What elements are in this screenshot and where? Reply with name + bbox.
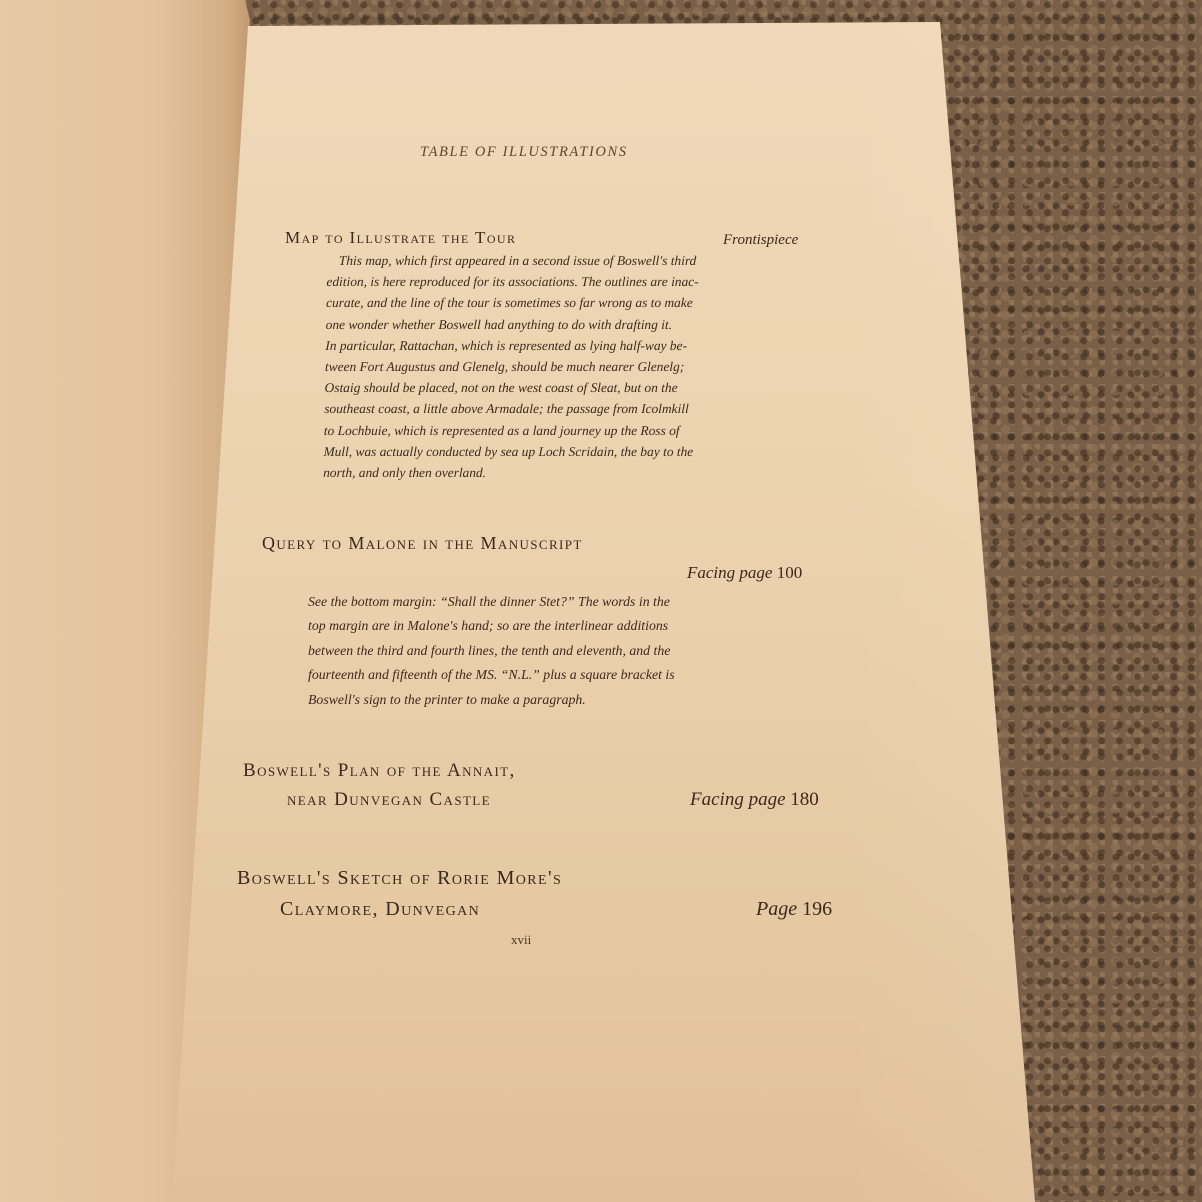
entry-page-map: Frontispiece bbox=[723, 232, 798, 249]
desc-line: edition, is here reproduced for its asso… bbox=[326, 271, 771, 292]
desc-line: fourteenth and fifteenth of the MS. “N.L… bbox=[308, 663, 774, 687]
entry-title-map: Map to Illustrate the Tour bbox=[285, 228, 516, 248]
desc-line: Boswell's sign to the printer to make a … bbox=[308, 688, 774, 712]
desc-line: between the third and fourth lines, the … bbox=[308, 639, 774, 663]
desc-line: one wonder whether Boswell had anything … bbox=[326, 314, 771, 335]
page-number: 100 bbox=[777, 563, 803, 582]
desc-line: Mull, was actually conducted by sea up L… bbox=[323, 441, 768, 462]
entry-title-query: Query to Malone in the Manuscript bbox=[262, 533, 583, 554]
desc-line: In particular, Rattachan, which is repre… bbox=[325, 335, 770, 356]
entry-title-claymore-line2: Claymore, Dunvegan bbox=[280, 898, 480, 921]
entry-page-annait: Facing page 180 bbox=[690, 789, 819, 811]
running-head: TABLE OF ILLUSTRATIONS bbox=[420, 144, 690, 161]
desc-line: top margin are in Malone's hand; so are … bbox=[308, 614, 774, 638]
page-label: Facing page bbox=[690, 789, 786, 810]
desc-line: north, and only then overland. bbox=[323, 462, 768, 483]
entry-page-claymore: Page 196 bbox=[756, 898, 832, 921]
entry-title-annait-line1: Boswell's Plan of the Annait, bbox=[243, 760, 516, 782]
page-label: Page bbox=[756, 898, 797, 920]
desc-line: Ostaig should be placed, not on the west… bbox=[324, 377, 769, 398]
page-number: 180 bbox=[790, 789, 819, 810]
page-label: Facing page bbox=[687, 563, 772, 582]
entry-title-claymore-line1: Boswell's Sketch of Rorie More's bbox=[237, 867, 562, 890]
desc-line: tween Fort Augustus and Glenelg, should … bbox=[325, 356, 770, 377]
desc-line: to Lochbuie, which is represented as a l… bbox=[324, 420, 769, 441]
page-folio: xvii bbox=[511, 932, 531, 948]
page-number: 196 bbox=[802, 898, 832, 920]
desc-line: This map, which first appeared in a seco… bbox=[327, 250, 772, 271]
entry-title-annait-line2: near Dunvegan Castle bbox=[287, 789, 491, 811]
entry-description-query: See the bottom margin: “Shall the dinner… bbox=[308, 590, 774, 712]
desc-line: See the bottom margin: “Shall the dinner… bbox=[308, 590, 774, 614]
entry-page-query: Facing page 100 bbox=[687, 563, 802, 583]
desc-line: southeast coast, a little above Armadale… bbox=[324, 398, 769, 419]
entry-description-map: This map, which first appeared in a seco… bbox=[323, 250, 772, 483]
desc-line: curate, and the line of the tour is some… bbox=[326, 292, 771, 313]
page-label: Frontispiece bbox=[723, 232, 798, 248]
